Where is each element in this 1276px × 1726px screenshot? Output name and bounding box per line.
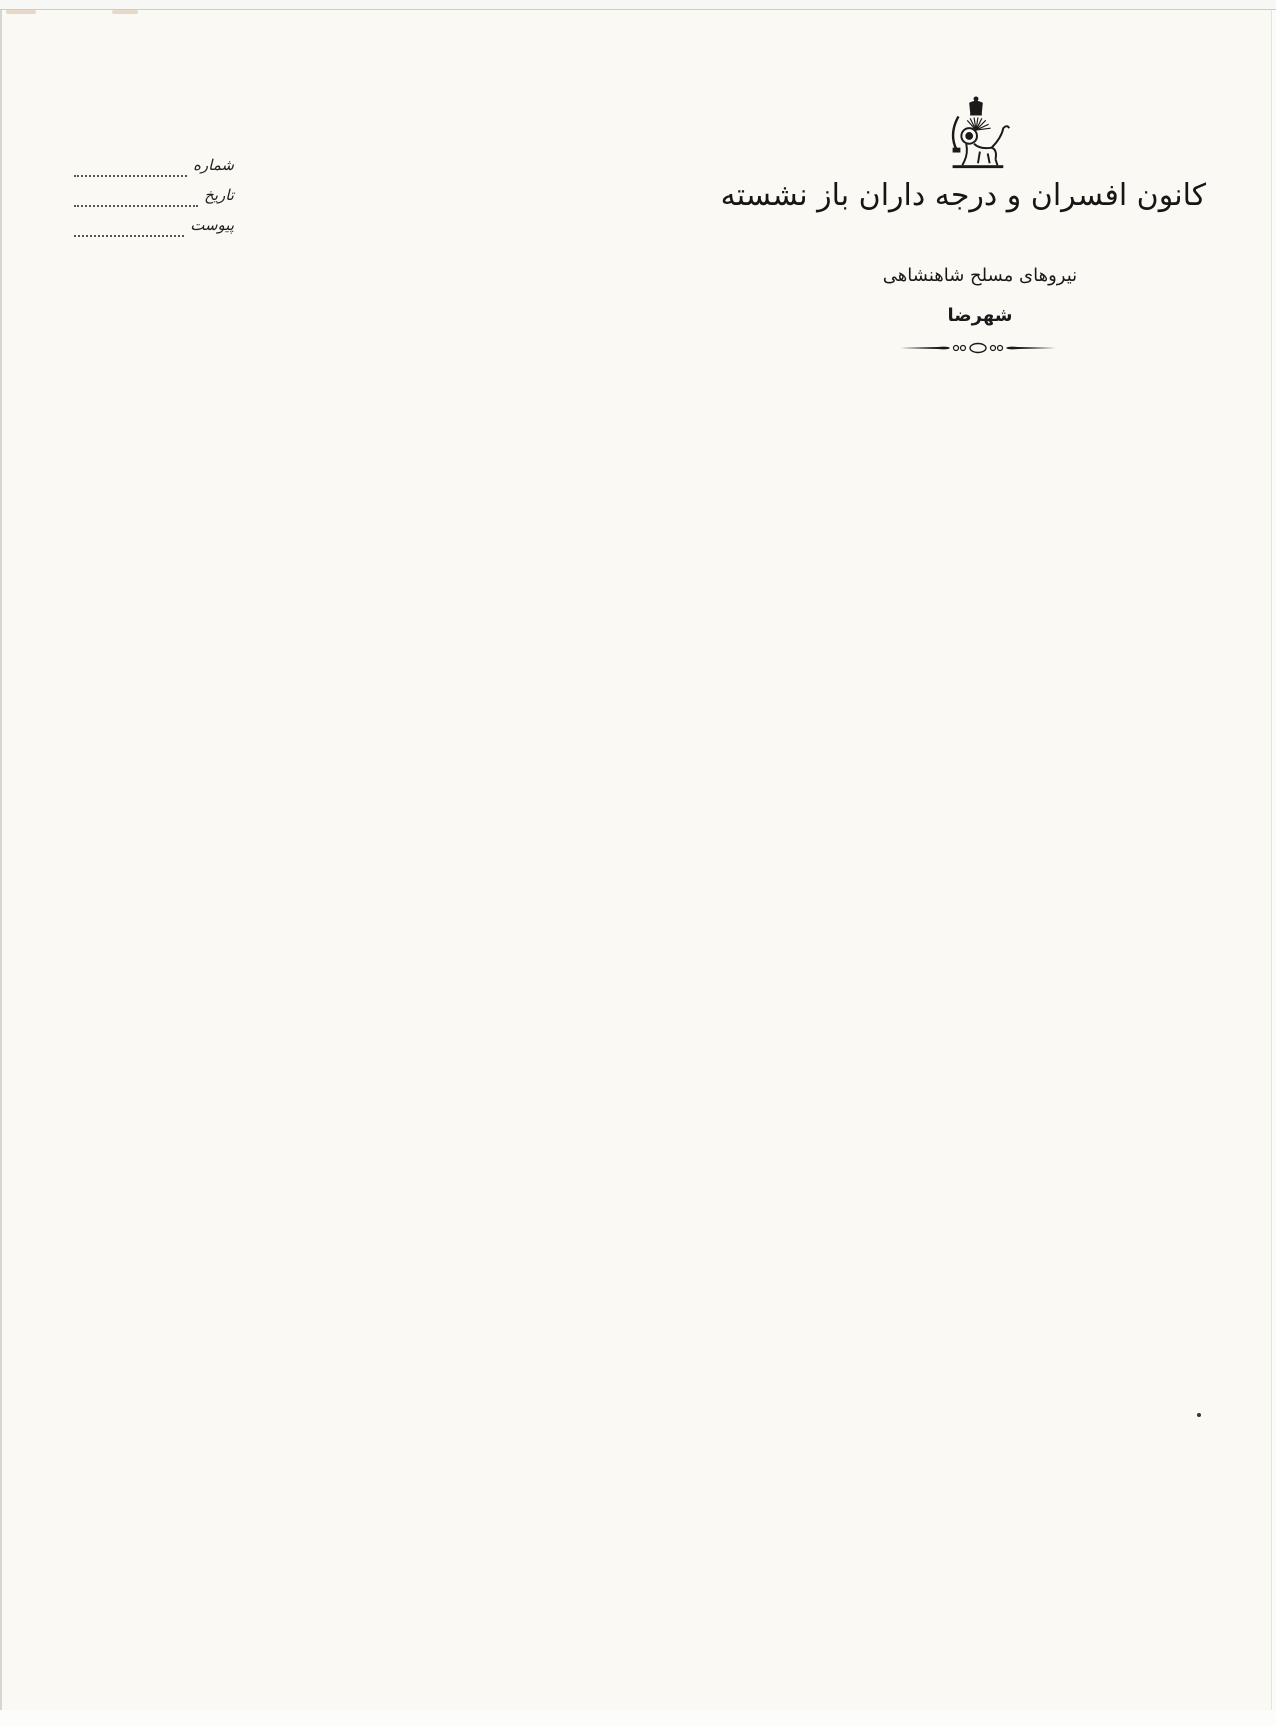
reference-fields: شماره تاریخ پیوست [74,156,234,246]
scan-top-edge [0,0,1276,10]
number-label: شماره [193,156,234,174]
reference-date-row[interactable]: تاریخ [74,186,234,216]
organization-subtitle: نیروهای مسلح شاهنشاهی [700,265,1260,286]
letter-body [80,380,1190,1660]
decorative-divider-icon [898,341,1058,355]
attachment-label: پیوست [190,216,234,234]
city-name: شهرضا [700,305,1260,326]
reference-number-row[interactable]: شماره [74,156,234,186]
paper-stain [112,10,138,14]
date-label: تاریخ [204,186,234,204]
lion-and-sun-emblem-icon [937,95,1015,173]
paper-speck [1197,1413,1201,1417]
attachment-field-line[interactable] [74,225,184,237]
number-field-line[interactable] [74,165,187,177]
organization-title: کانون افسران و درجه داران باز نشسته [721,178,1206,213]
date-field-line[interactable] [74,195,198,207]
reference-attachment-row[interactable]: پیوست [74,216,234,246]
paper-stain [6,10,36,14]
scan-bottom-edge [0,1710,1276,1726]
